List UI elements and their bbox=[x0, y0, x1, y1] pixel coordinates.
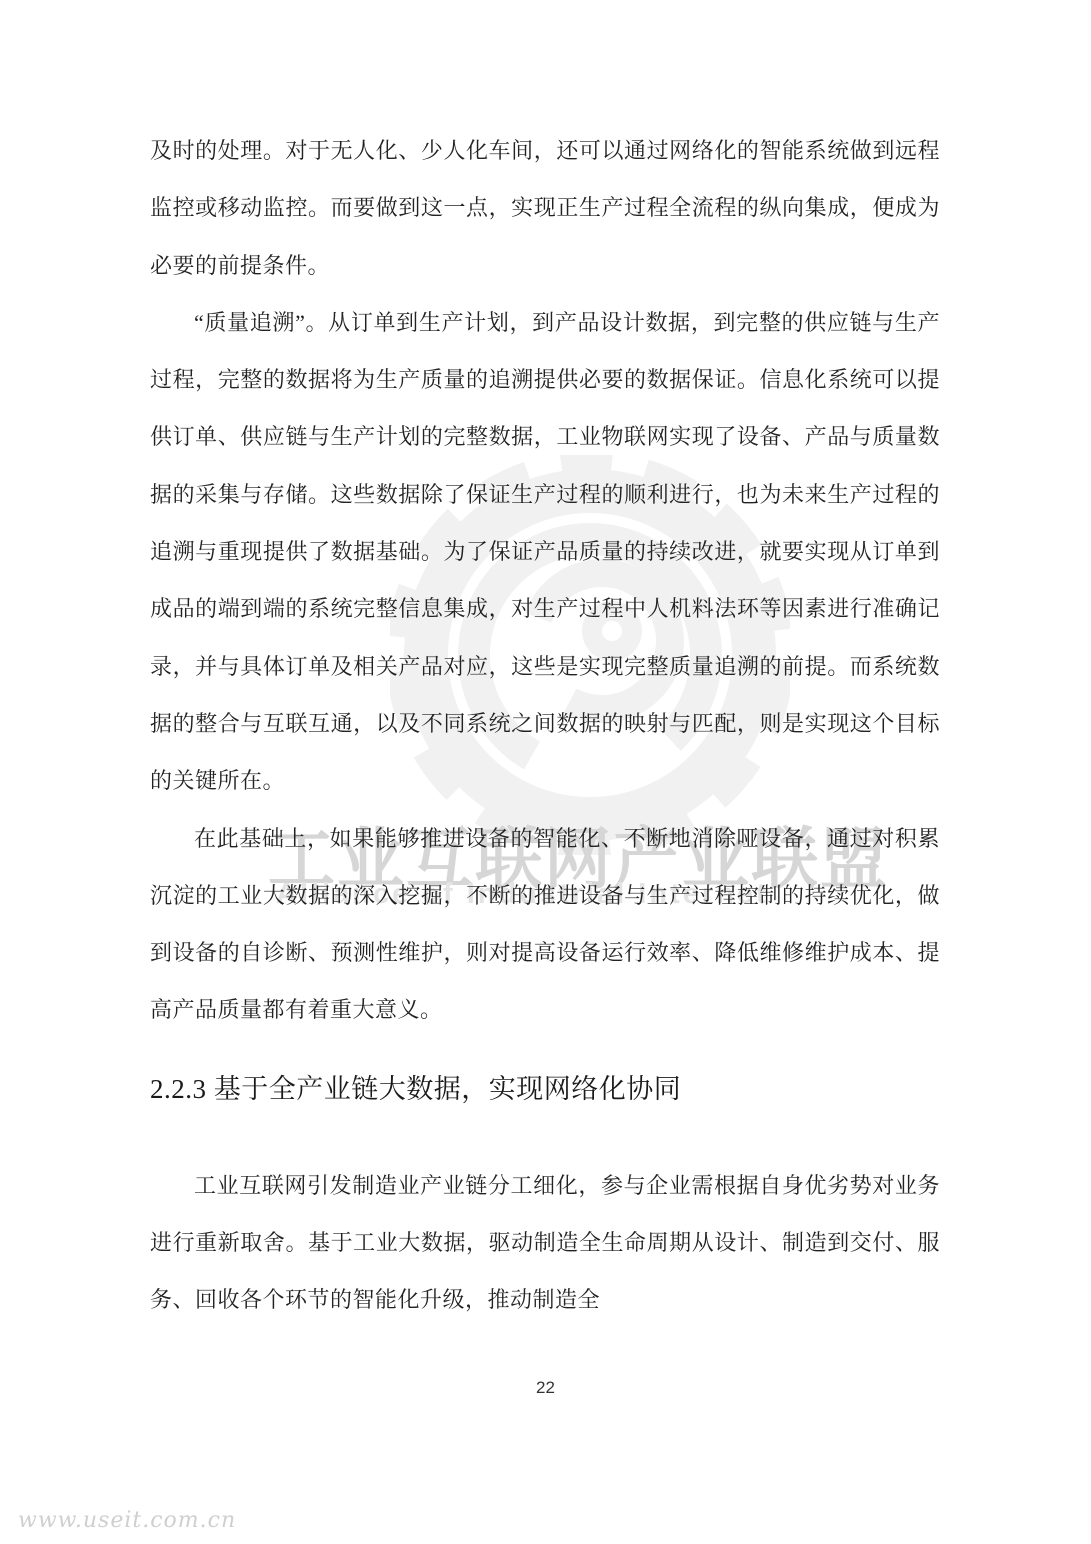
document-page: 工业互联网产业联盟 Alliance of Industrial Interne… bbox=[0, 0, 1091, 1544]
paragraph-vertical-integration: 及时的处理。对于无人化、少人化车间，还可以通过网络化的智能系统做到远程监控或移动… bbox=[150, 122, 940, 294]
page-number: 22 bbox=[0, 1378, 1091, 1398]
document-body: 及时的处理。对于无人化、少人化车间，还可以通过网络化的智能系统做到远程监控或移动… bbox=[150, 122, 940, 1329]
section-heading-2-2-3: 2.2.3 基于全产业链大数据，实现网络化协同 bbox=[150, 1069, 940, 1109]
paragraph-device-intelligence: 在此基础上，如果能够推进设备的智能化、不断地消除哑设备，通过对积累沉淀的工业大数… bbox=[150, 810, 940, 1039]
useit-site-watermark: www.useit.com.cn bbox=[18, 1508, 236, 1533]
paragraph-quality-traceability: “质量追溯”。从订单到生产计划，到产品设计数据，到完整的供应链与生产过程，完整的… bbox=[150, 294, 940, 810]
paragraph-industry-chain-bigdata: 工业互联网引发制造业产业链分工细化，参与企业需根据自身优劣势对业务进行重新取舍。… bbox=[150, 1157, 940, 1329]
